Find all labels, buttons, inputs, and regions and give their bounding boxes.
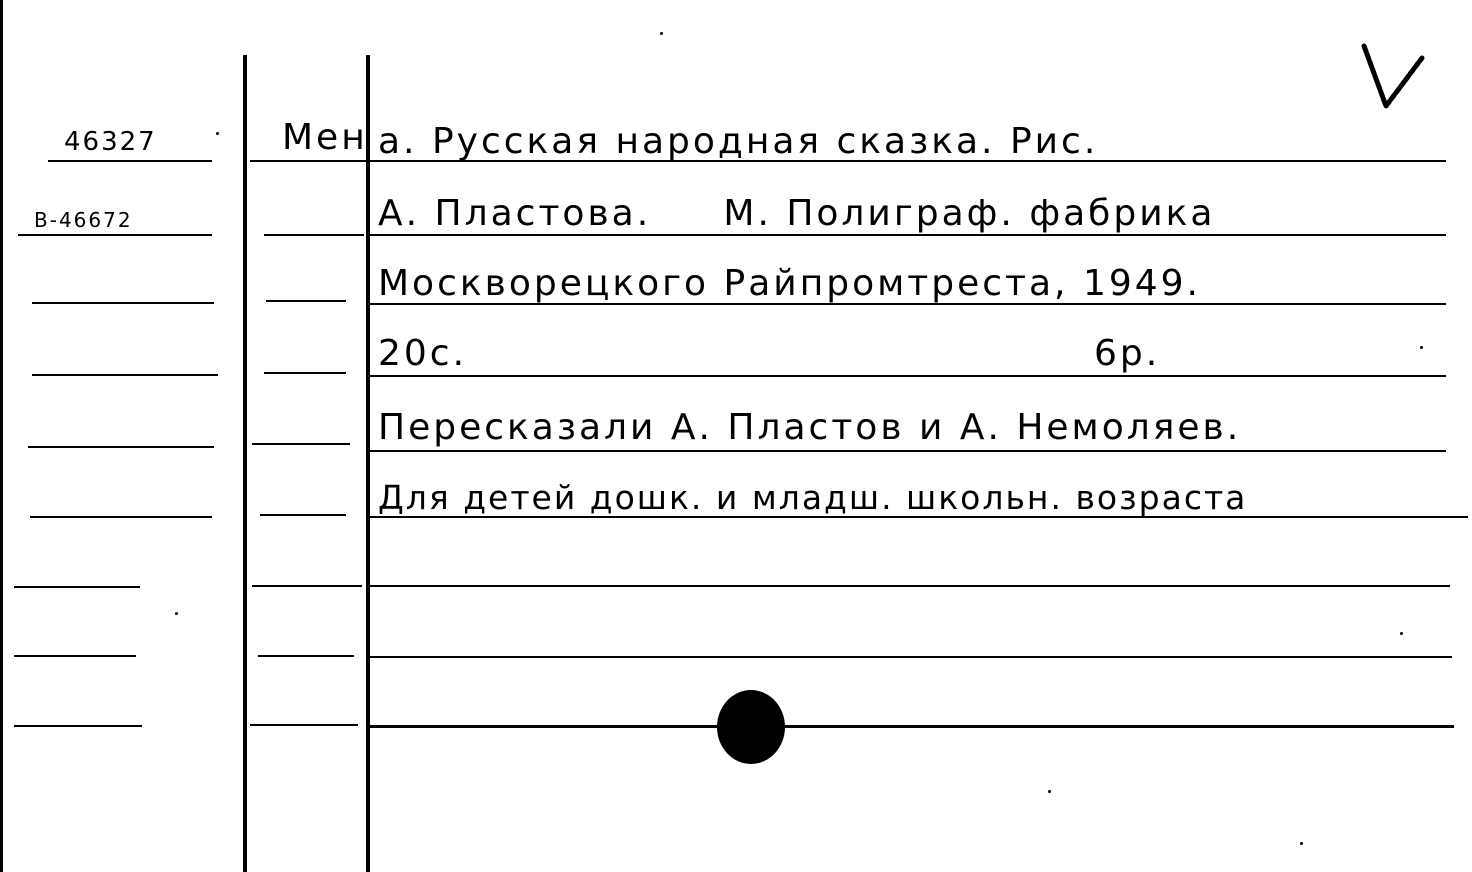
rule-line — [264, 372, 346, 374]
rule-line — [370, 585, 1450, 587]
check-mark-icon — [1360, 40, 1430, 120]
call-number: 46327 — [64, 122, 157, 162]
rule-line — [32, 302, 214, 304]
rule-line — [250, 160, 366, 162]
publisher-year-line: Москворецкого Райпромтреста, 1949. — [378, 264, 1201, 304]
pages-line: 20с. — [378, 334, 467, 374]
audience-line: Для детей дошк. и младш. школьн. возраст… — [378, 478, 1247, 518]
speck — [1400, 632, 1403, 635]
rule-line — [370, 234, 1446, 236]
inventory-number: В-46672 — [34, 200, 133, 240]
price: 6р. — [1094, 334, 1160, 374]
rule-line — [370, 375, 1446, 377]
rule-line — [264, 234, 364, 236]
rule-line — [258, 655, 354, 657]
title-line: а. Русская народная сказка. Рис. — [378, 122, 1098, 162]
speck — [216, 132, 219, 135]
speck — [1300, 842, 1303, 845]
punch-hole — [717, 690, 785, 764]
rule-line — [252, 585, 362, 587]
card-left-edge — [0, 0, 3, 872]
rule-line — [14, 725, 142, 727]
rule-line — [32, 374, 218, 376]
column-rule-right — [366, 55, 370, 872]
author-heading: Мен — [282, 118, 368, 158]
speck — [1048, 790, 1051, 793]
column-rule-left — [243, 55, 247, 872]
speck — [660, 32, 663, 35]
rule-line — [250, 724, 358, 726]
retold-by-line: Пересказали А. Пластов и А. Немоляев. — [378, 408, 1241, 448]
rule-line — [370, 725, 1454, 728]
rule-line — [370, 450, 1446, 452]
rule-line — [28, 446, 214, 448]
speck — [175, 612, 178, 615]
rule-line — [260, 514, 346, 516]
catalog-card: 46327 В-46672 Мен а. Русская народная ск… — [0, 0, 1472, 872]
illustrator-publisher-line: А. Пластова. М. Полиграф. фабрика — [378, 194, 1215, 234]
rule-line — [266, 300, 346, 302]
rule-line — [252, 443, 350, 445]
rule-line — [14, 586, 140, 588]
speck — [1420, 346, 1423, 349]
rule-line — [30, 516, 212, 518]
rule-line — [14, 655, 136, 657]
rule-line — [370, 656, 1452, 658]
